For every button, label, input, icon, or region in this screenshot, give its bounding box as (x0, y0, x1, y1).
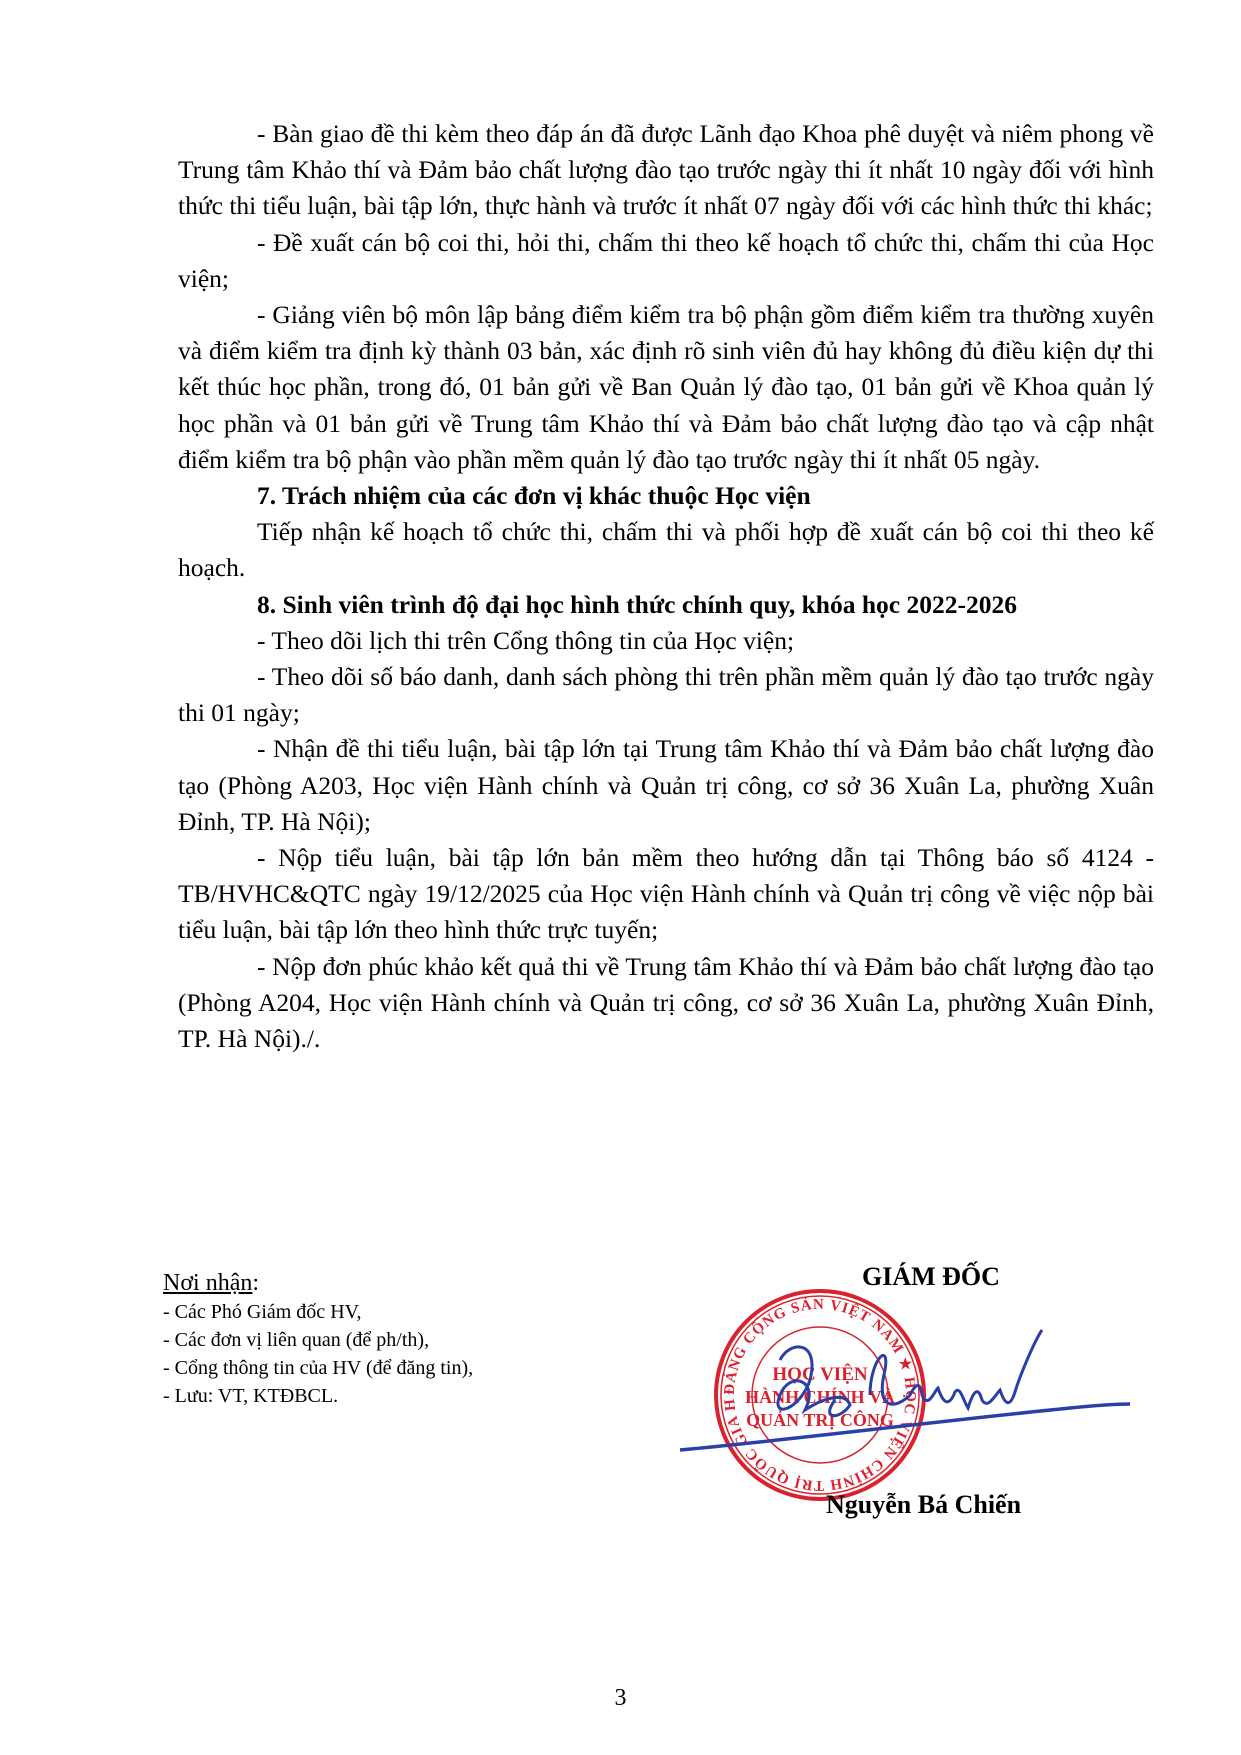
paragraph: - Nộp tiểu luận, bài tập lớn bản mềm the… (178, 840, 1154, 949)
recipients-title: Nơi nhận (163, 1270, 252, 1296)
signer-name: Nguyễn Bá Chiến (826, 1490, 1021, 1520)
paragraph: - Nhận đề thi tiểu luận, bài tập lớn tại… (178, 731, 1154, 840)
section-heading: 8. Sinh viên trình độ đại học hình thức … (178, 587, 1154, 623)
document-page: - Bàn giao đề thi kèm theo đáp án đã đượ… (0, 0, 1241, 1755)
section-heading: 7. Trách nhiệm của các đơn vị khác thuộc… (178, 478, 1154, 514)
recipient-item: - Các Phó Giám đốc HV, (163, 1298, 473, 1326)
recipient-item: - Các đơn vị liên quan (để ph/th), (163, 1326, 473, 1354)
paragraph: - Theo dõi số báo danh, danh sách phòng … (178, 659, 1154, 731)
handwritten-signature-icon (670, 1300, 1170, 1490)
recipient-item: - Cổng thông tin của HV (để đăng tin), (163, 1354, 473, 1382)
paragraph: Tiếp nhận kế hoạch tổ chức thi, chấm thi… (178, 514, 1154, 586)
paragraph: - Nộp đơn phúc khảo kết quả thi về Trung… (178, 949, 1154, 1058)
paragraph: - Bàn giao đề thi kèm theo đáp án đã đượ… (178, 116, 1154, 225)
document-body: - Bàn giao đề thi kèm theo đáp án đã đượ… (178, 116, 1154, 1057)
recipients-block: Nơi nhận: - Các Phó Giám đốc HV, - Các đ… (163, 1268, 473, 1410)
paragraph: - Đề xuất cán bộ coi thi, hỏi thi, chấm … (178, 225, 1154, 297)
recipient-item: - Lưu: VT, KTĐBCL. (163, 1382, 473, 1410)
page-number: 3 (0, 1685, 1241, 1712)
paragraph: - Giảng viên bộ môn lập bảng điểm kiểm t… (178, 297, 1154, 478)
paragraph: - Theo dõi lịch thi trên Cổng thông tin … (178, 623, 1154, 659)
